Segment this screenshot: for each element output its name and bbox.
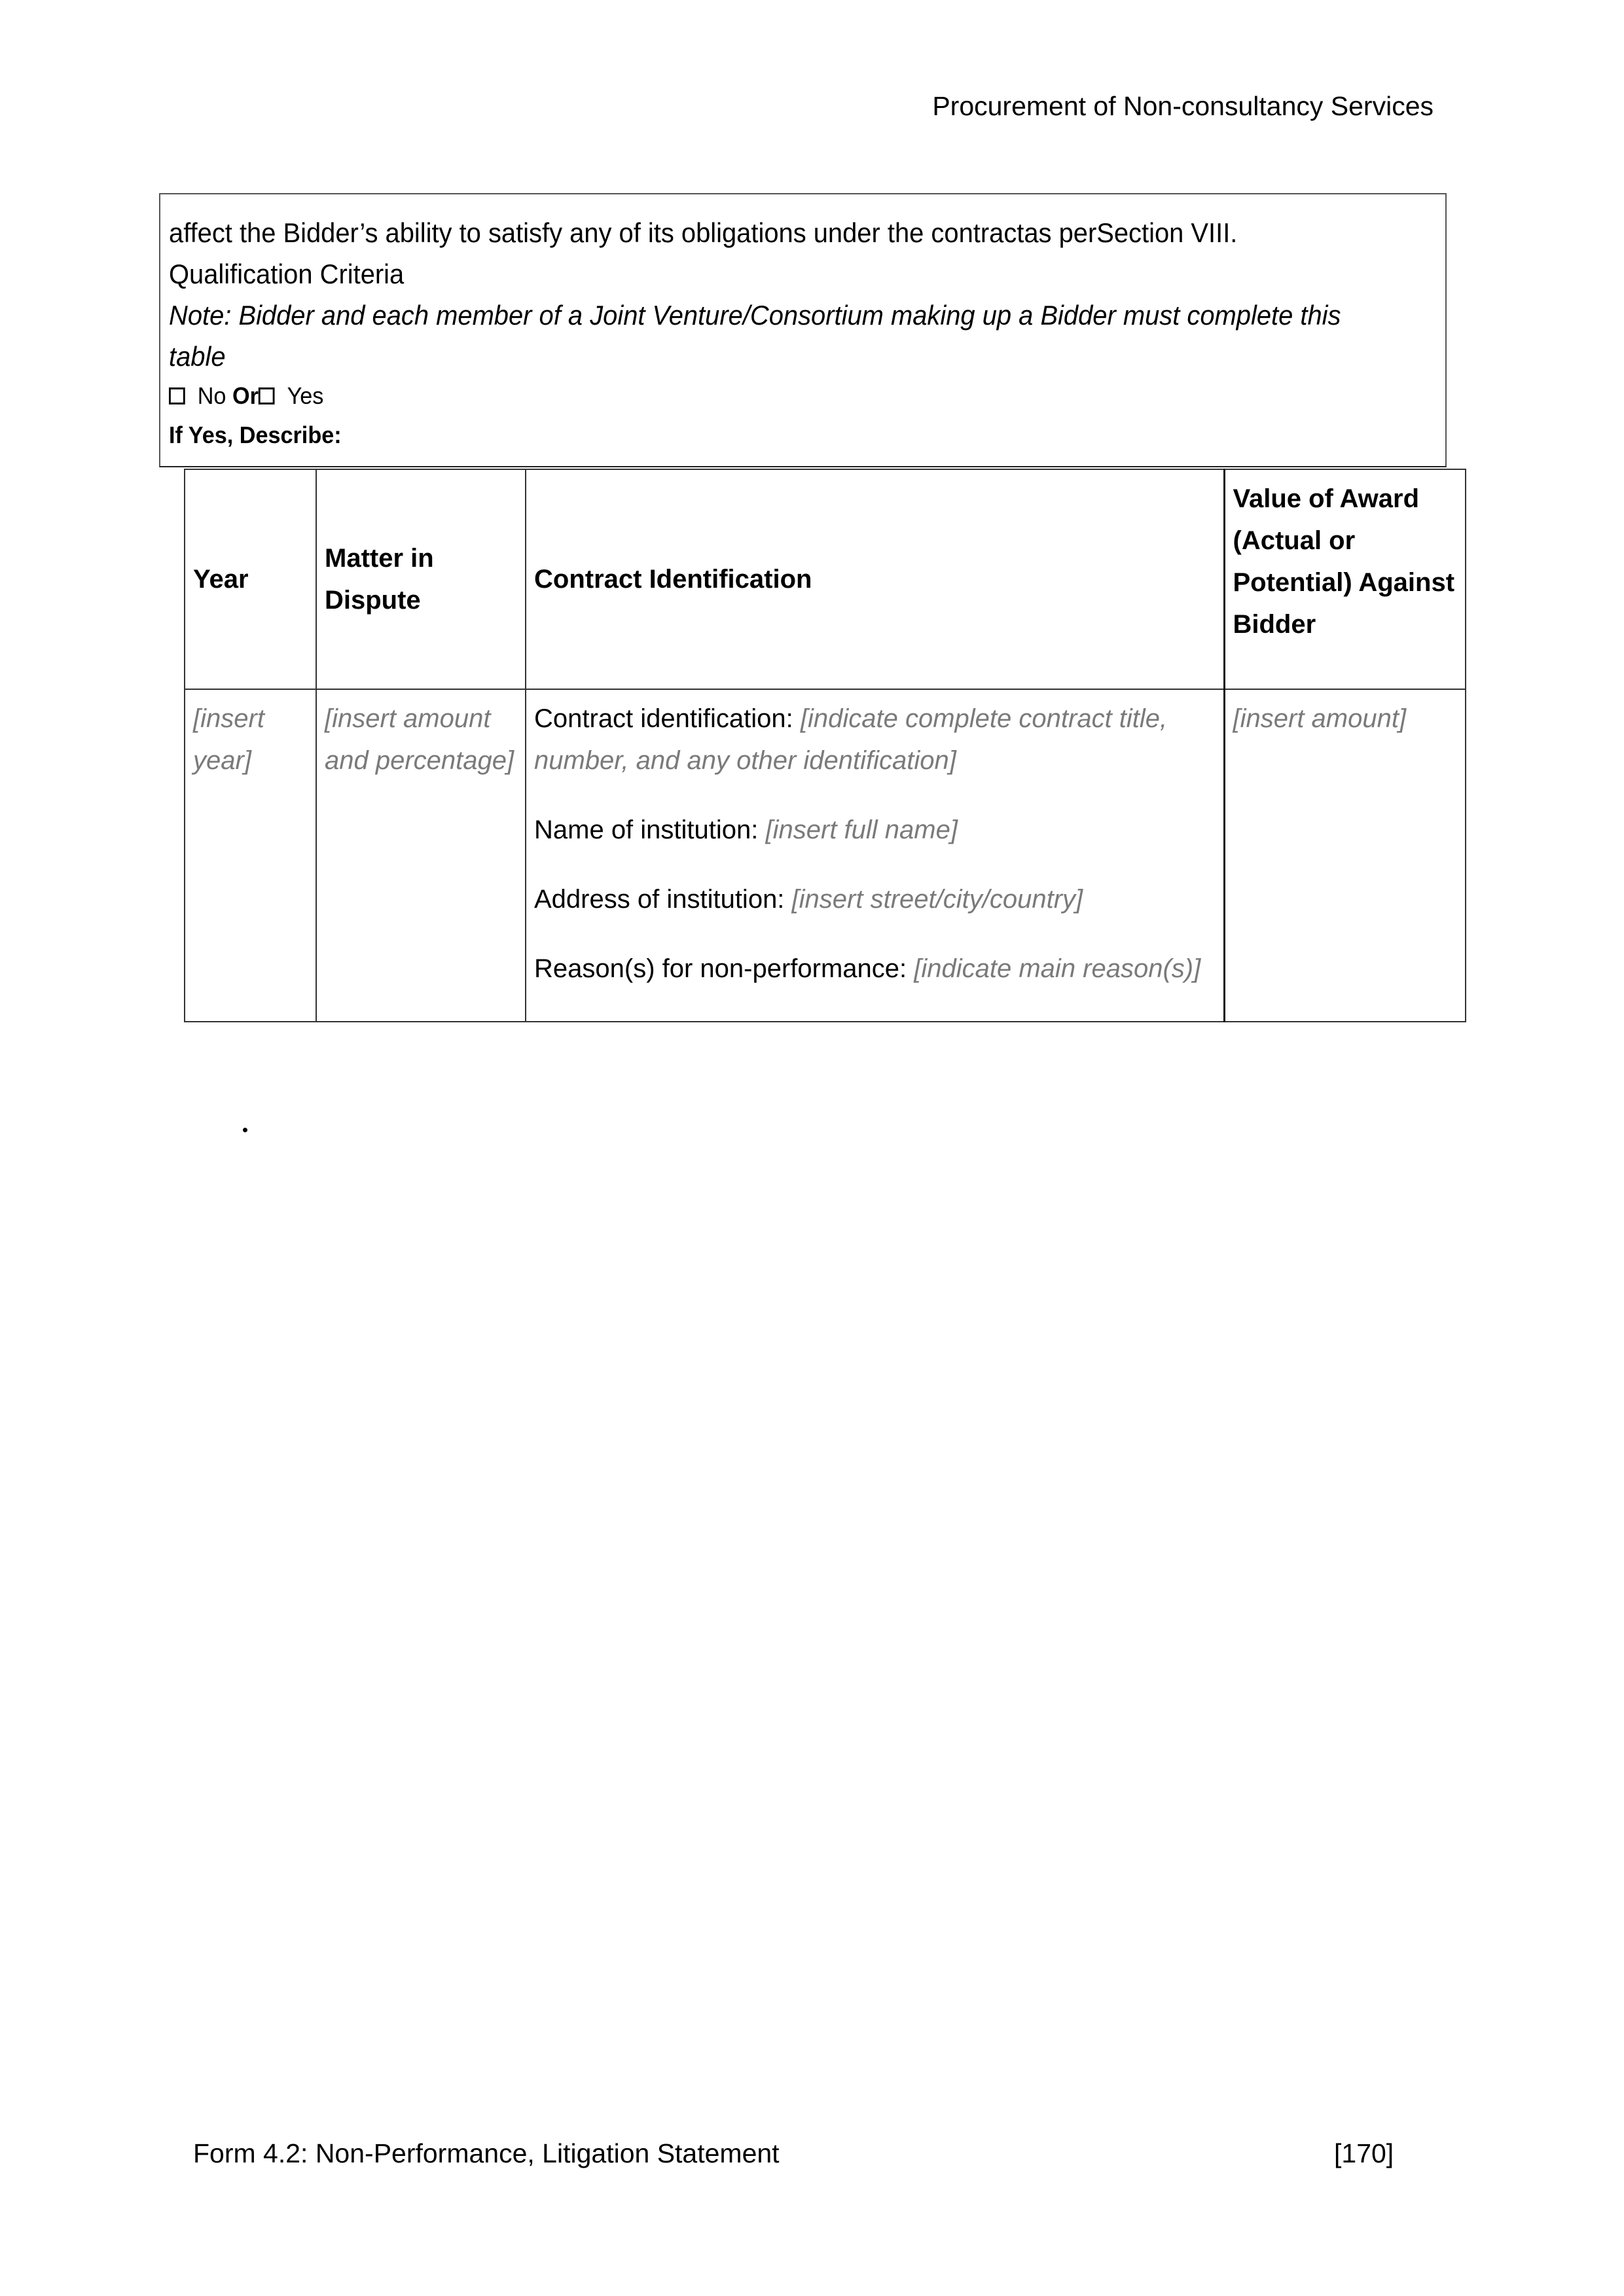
litigation-table: Year Matter in Dispute Contract Identifi… (184, 469, 1466, 1022)
cell-contract-identification[interactable]: Contract identification: [indicate compl… (526, 689, 1224, 1022)
intro-text-line-2: Qualification Criteria (169, 260, 404, 288)
year-placeholder: [insert year] (193, 704, 264, 775)
cell-year[interactable]: [insert year] (185, 689, 316, 1022)
intro-box: affect the Bidder’s ability to satisfy a… (159, 193, 1447, 467)
header-year: Year (185, 469, 316, 689)
yes-label: Yes (287, 382, 324, 409)
yes-checkbox[interactable] (259, 387, 275, 404)
cell-matter[interactable]: [insert amount and percentage] (316, 689, 526, 1022)
institution-address-field: Address of institution: [insert street/c… (534, 878, 1216, 920)
reason-label: Reason(s) for non-performance: (534, 954, 914, 983)
table-row: [insert year] [insert amount and percent… (185, 689, 1466, 1022)
contract-id-label: Contract identification: (534, 704, 801, 733)
value-placeholder: [insert amount] (1233, 704, 1407, 733)
or-label: Or (232, 382, 259, 409)
reason-placeholder: [indicate main reason(s)] (914, 954, 1200, 983)
institution-name-field: Name of institution: [insert full name] (534, 809, 1216, 851)
institution-name-label: Name of institution: (534, 816, 766, 844)
no-checkbox[interactable] (169, 387, 185, 404)
no-label: No (198, 382, 226, 409)
cell-value-of-award[interactable]: [insert amount] (1224, 689, 1466, 1022)
institution-name-placeholder: [insert full name] (766, 816, 958, 844)
matter-placeholder: [insert amount and percentage] (325, 704, 514, 775)
footer-page-number: [170] (1334, 2140, 1394, 2167)
describe-label: If Yes, Describe: (169, 423, 342, 447)
header-contract-identification: Contract Identification (526, 469, 1224, 689)
contract-id-field: Contract identification: [indicate compl… (534, 698, 1216, 781)
page-header-title: Procurement of Non-consultancy Services (932, 93, 1434, 120)
footer-form-title: Form 4.2: Non-Performance, Litigation St… (193, 2140, 780, 2167)
reason-field: Reason(s) for non-performance: [indicate… (534, 948, 1216, 990)
stray-dot (243, 1128, 247, 1132)
yes-no-options: No Or Yes (169, 384, 323, 408)
intro-note-line-1: Note: Bidder and each member of a Joint … (169, 302, 1341, 329)
table-header-row: Year Matter in Dispute Contract Identifi… (185, 469, 1466, 689)
institution-address-placeholder: [insert street/city/country] (792, 885, 1083, 914)
intro-note-line-2: table (169, 343, 226, 370)
header-value-of-award: Value of Award (Actual or Potential) Aga… (1224, 469, 1466, 689)
institution-address-label: Address of institution: (534, 885, 792, 914)
header-matter-in-dispute: Matter in Dispute (316, 469, 526, 689)
intro-text-line-1: affect the Bidder’s ability to satisfy a… (169, 219, 1237, 247)
